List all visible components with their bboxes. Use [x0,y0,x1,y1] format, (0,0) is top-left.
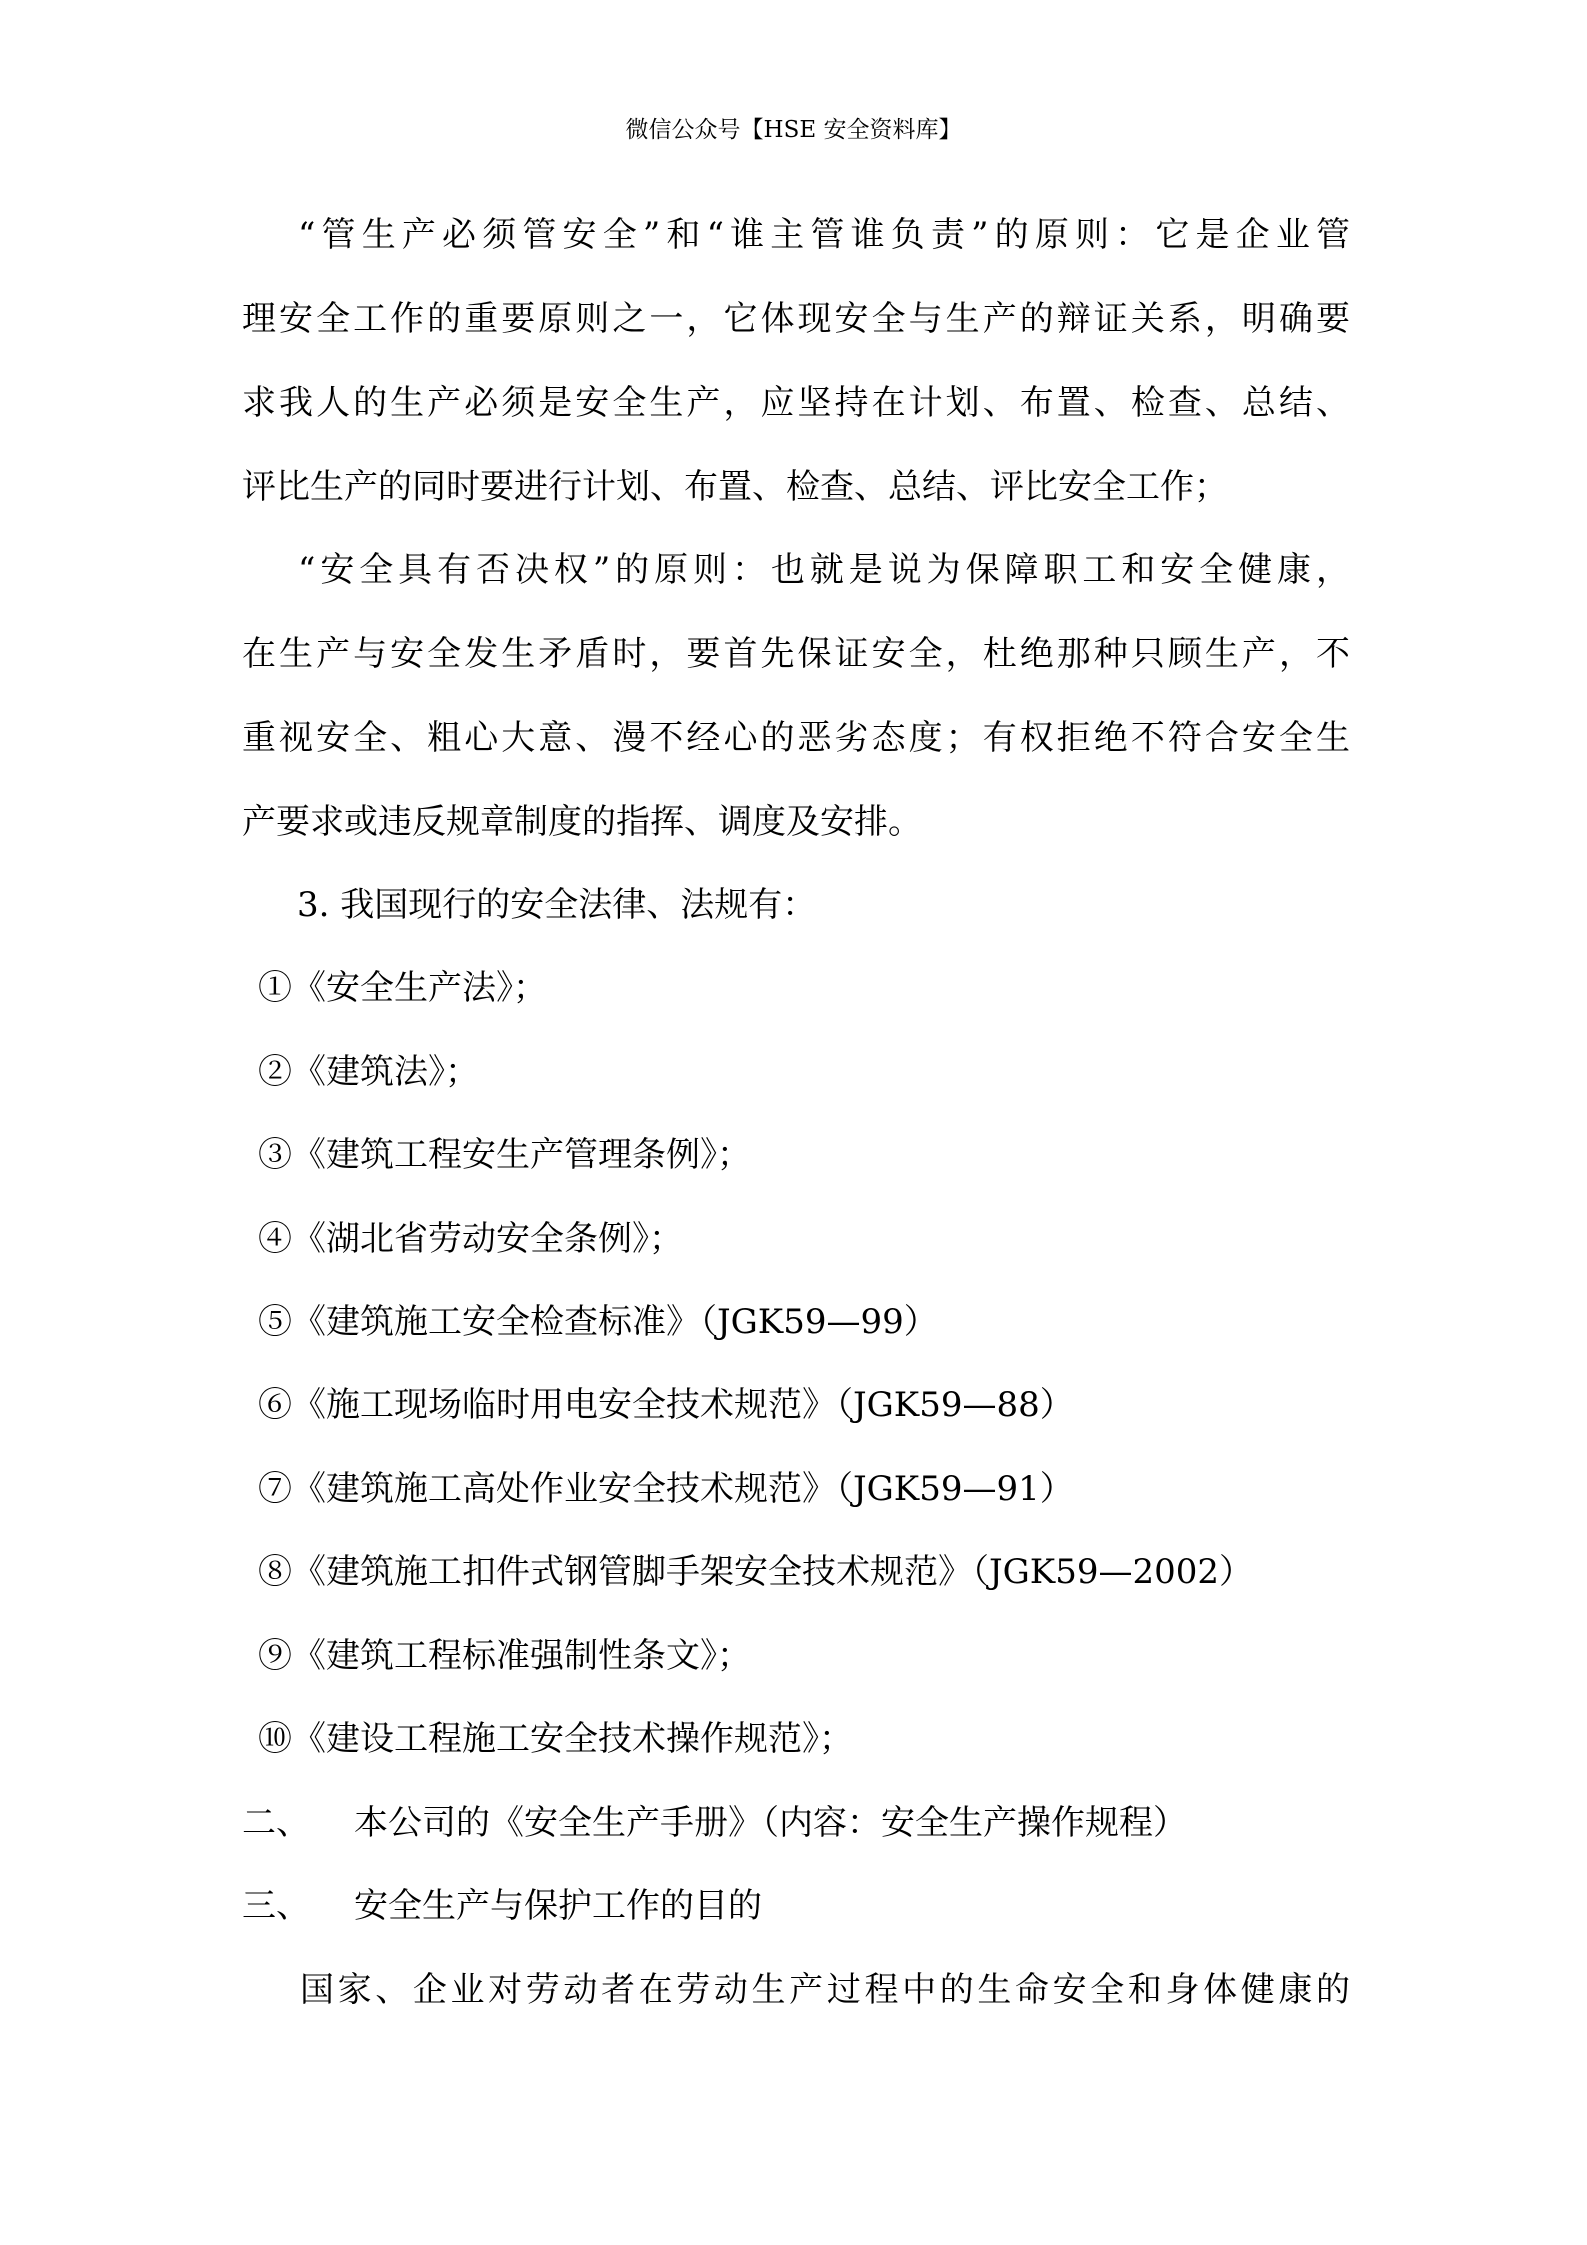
page-header: 微信公众号【HSE 安全资料库】 [0,112,1587,148]
paragraph-line: 理安全工作的重要原则之一，它体现安全与生产的辩证关系，明确要 [242,294,1350,344]
law-list-item: ⑤《建筑施工安全检查标准》（JGK59—99） [258,1297,1366,1347]
law-list-item: ①《安全生产法》； [258,963,1366,1013]
law-list-item: ⑨《建筑工程标准强制性条文》； [258,1631,1366,1681]
section-number: 二、 [242,1798,354,1848]
paragraph-line: 求我人的生产必须是安全生产，应坚持在计划、布置、检查、总结、 [242,378,1350,428]
paragraph-line: “管生产必须管安全”和“谁主管谁负责”的原则：它是企业管 [298,210,1350,260]
law-list-item: ②《建筑法》； [258,1047,1366,1097]
paragraph-line: 重视安全、粗心大意、漫不经心的恶劣态度；有权拒绝不符合安全生 [242,713,1350,763]
law-list-item: ⑦《建筑施工高处作业安全技术规范》（JGK59—91） [258,1464,1366,1514]
section-heading-two: 二、本公司的《安全生产手册》（内容：安全生产操作规程） [242,1798,1187,1848]
law-list-item: ⑩《建设工程施工安全技术操作规范》； [258,1714,1366,1764]
section-title: 本公司的《安全生产手册》（内容：安全生产操作规程） [354,1803,1187,1843]
section-heading-three: 三、安全生产与保护工作的目的 [242,1881,762,1931]
paragraph-line: 产要求或违反规章制度的指挥、调度及安排。 [242,797,1350,847]
laws-section-title: 3. 我国现行的安全法律、法规有： [297,880,1405,930]
law-list-item: ⑥《施工现场临时用电安全技术规范》（JGK59—88） [258,1380,1366,1430]
law-list-item: ④《湖北省劳动安全条例》； [258,1214,1366,1264]
paragraph-line: “安全具有否决权”的原则：也就是说为保障职工和安全健康， [298,545,1350,595]
paragraph-line: 评比生产的同时要进行计划、布置、检查、总结、评比安全工作； [242,462,1350,512]
paragraph-line: 国家、企业对劳动者在劳动生产过程中的生命安全和身体健康的 [300,1965,1350,2015]
law-list-item: ⑧《建筑施工扣件式钢管脚手架安全技术规范》（JGK59—2002） [258,1547,1366,1597]
paragraph-line: 在生产与安全发生矛盾时，要首先保证安全，杜绝那种只顾生产，不 [242,629,1350,679]
section-number: 三、 [242,1881,354,1931]
section-title: 安全生产与保护工作的目的 [354,1886,762,1926]
law-list-item: ③《建筑工程安生产管理条例》； [258,1130,1366,1180]
